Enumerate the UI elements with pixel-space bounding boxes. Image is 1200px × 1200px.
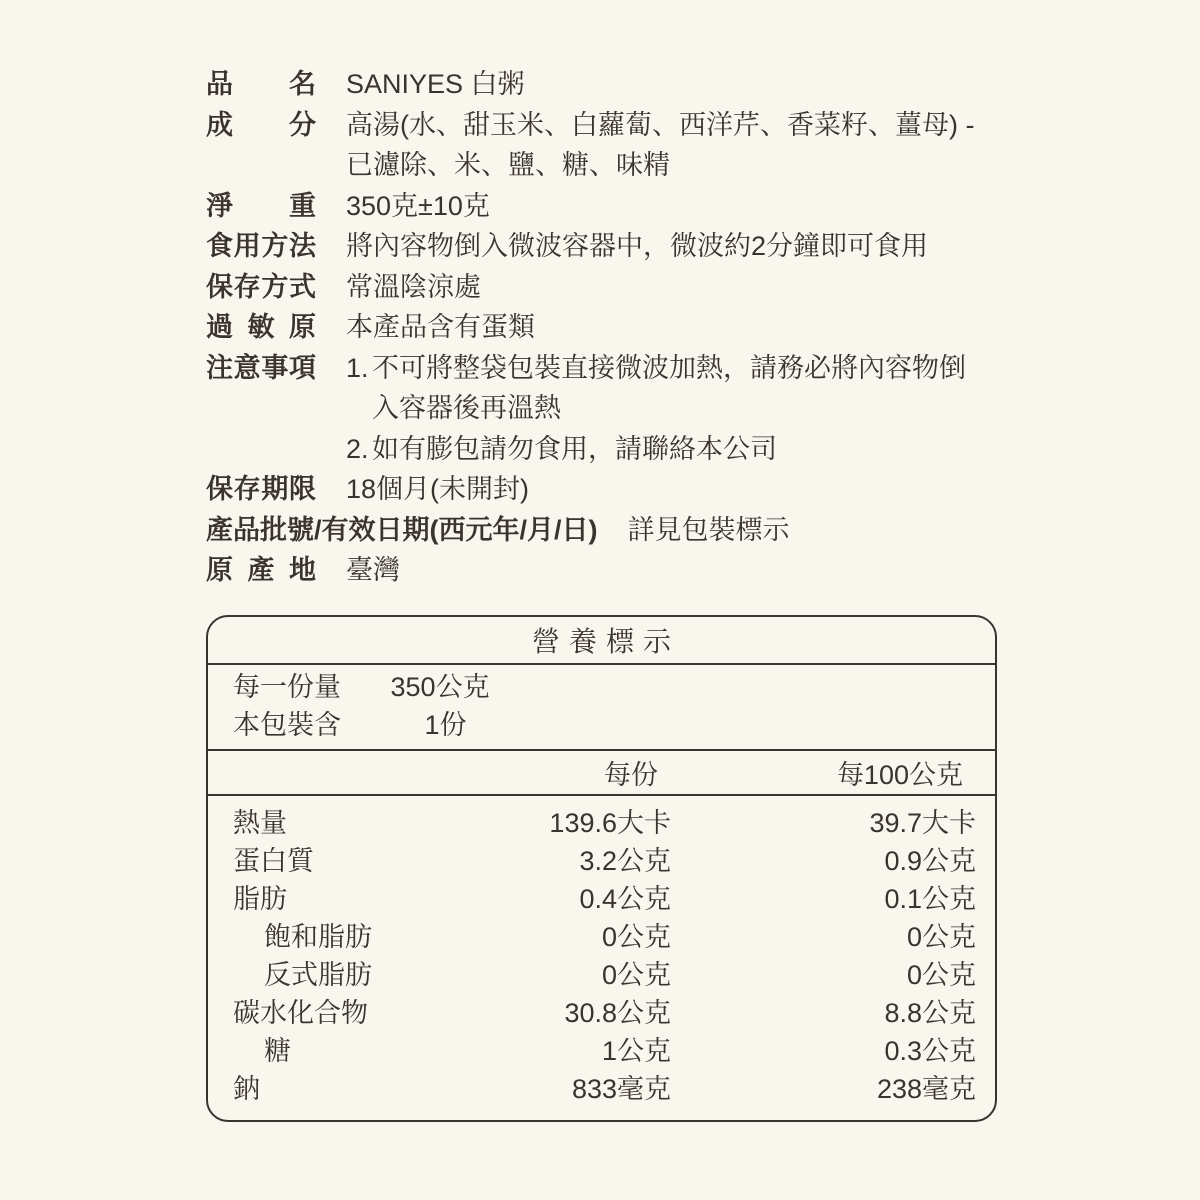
nutrition-serving-section: 每一份量 350公克 本包裝含 1份 bbox=[208, 665, 995, 751]
nutrient-row-protein: 蛋白質 3.2公克 0.9公克 bbox=[208, 839, 995, 877]
serving-size-value: 350公克 bbox=[391, 672, 490, 702]
per-serving-value: 3.2公克 bbox=[421, 839, 671, 878]
batch-value: 詳見包裝標示 bbox=[628, 510, 790, 551]
nutrient-name: 飽和脂肪 bbox=[233, 915, 421, 954]
notice-item-1-number: 1. bbox=[346, 348, 372, 429]
servings-per-pack-value: 1份 bbox=[425, 710, 467, 740]
info-row-shelf-life: 保存期限 18個月(未開封) bbox=[206, 469, 1018, 510]
nutrition-body: 熱量 139.6大卡 39.7大卡 蛋白質 3.2公克 0.9公克 脂肪 0.4… bbox=[208, 796, 995, 1120]
per-serving-value: 833毫克 bbox=[421, 1067, 671, 1106]
info-row-storage: 保存方式 常溫陰涼處 bbox=[206, 267, 1018, 308]
ingredients-line-2: 已濾除、米、鹽、糖、味精 bbox=[346, 145, 974, 186]
notice-item-1: 1. 不可將整袋包裝直接微波加熱，請務必將內容物倒 入容器後再溫熱 bbox=[346, 348, 966, 429]
info-row-usage: 食用方法 將內容物倒入微波容器中，微波約2分鐘即可食用 bbox=[206, 226, 1018, 267]
origin-label: 原產地 bbox=[206, 550, 316, 591]
servings-per-pack-row: 本包裝含 1份 bbox=[233, 706, 995, 744]
info-row-ingredients: 成分 高湯(水、甜玉米、白蘿蔔、西洋芹、香菜籽、薑母) - 已濾除、米、鹽、糖、… bbox=[206, 105, 1018, 186]
notice-item-1-text: 不可將整袋包裝直接微波加熱，請務必將內容物倒 入容器後再溫熱 bbox=[372, 348, 966, 429]
servings-per-pack-label: 本包裝含 bbox=[233, 706, 383, 744]
net-weight-value: 350克±10克 bbox=[346, 186, 490, 227]
nutrient-row-sugar: 糖 1公克 0.3公克 bbox=[208, 1029, 995, 1067]
nutrient-name: 碳水化合物 bbox=[233, 991, 421, 1030]
info-row-notice: 注意事項 1. 不可將整袋包裝直接微波加熱，請務必將內容物倒 入容器後再溫熱 2… bbox=[206, 348, 1018, 470]
per-100g-value: 0.1公克 bbox=[671, 877, 976, 916]
product-info-section: 品名 SANIYES 白粥 成分 高湯(水、甜玉米、白蘿蔔、西洋芹、香菜籽、薑母… bbox=[206, 64, 1018, 591]
notice-value: 1. 不可將整袋包裝直接微波加熱，請務必將內容物倒 入容器後再溫熱 2. 如有膨… bbox=[346, 348, 966, 470]
notice-label: 注意事項 bbox=[206, 348, 316, 389]
nutrient-row-carbohydrate: 碳水化合物 30.8公克 8.8公克 bbox=[208, 991, 995, 1029]
notice-item-1-line-1: 不可將整袋包裝直接微波加熱，請務必將內容物倒 bbox=[372, 348, 966, 389]
nutrient-row-sodium: 鈉 833毫克 238毫克 bbox=[208, 1067, 995, 1105]
net-weight-label: 淨重 bbox=[206, 186, 316, 227]
notice-item-2-text: 如有膨包請勿食用，請聯絡本公司 bbox=[372, 429, 777, 470]
per-serving-value: 0公克 bbox=[421, 953, 671, 992]
serving-size-label: 每一份量 bbox=[233, 668, 383, 706]
product-name-label: 品名 bbox=[206, 64, 316, 105]
nutrition-column-header-row: 每份 每100公克 bbox=[208, 751, 995, 796]
ingredients-line-1: 高湯(水、甜玉米、白蘿蔔、西洋芹、香菜籽、薑母) - bbox=[346, 105, 974, 146]
info-row-batch: 產品批號/有效日期(西元年/月/日) 詳見包裝標示 bbox=[206, 510, 1018, 551]
nutrient-name: 糖 bbox=[233, 1029, 421, 1068]
per-100g-value: 0公克 bbox=[671, 953, 976, 992]
notice-item-2-number: 2. bbox=[346, 429, 372, 470]
notice-item-1-line-2: 入容器後再溫熱 bbox=[372, 388, 966, 429]
nutrient-name: 蛋白質 bbox=[233, 839, 421, 878]
per-100g-value: 39.7大卡 bbox=[671, 801, 976, 840]
per-100g-value: 0公克 bbox=[671, 915, 976, 954]
per-serving-value: 1公克 bbox=[421, 1029, 671, 1068]
shelf-life-label: 保存期限 bbox=[206, 469, 316, 510]
nutrient-row-fat: 脂肪 0.4公克 0.1公克 bbox=[208, 877, 995, 915]
serving-size-row: 每一份量 350公克 bbox=[233, 668, 995, 706]
per-serving-value: 139.6大卡 bbox=[421, 801, 671, 840]
info-row-allergen: 過敏原 本產品含有蛋類 bbox=[206, 307, 1018, 348]
per-serving-column-header: 每份 bbox=[421, 753, 671, 792]
info-row-origin: 原產地 臺灣 bbox=[206, 550, 1018, 591]
allergen-label: 過敏原 bbox=[206, 307, 316, 348]
nutrient-name: 鈉 bbox=[233, 1067, 421, 1106]
info-row-net-weight: 淨重 350克±10克 bbox=[206, 186, 1018, 227]
nutrient-name: 反式脂肪 bbox=[233, 953, 421, 992]
nutrient-row-saturated-fat: 飽和脂肪 0公克 0公克 bbox=[208, 915, 995, 953]
nutrition-title: 營養標示 bbox=[208, 617, 995, 665]
ingredients-label: 成分 bbox=[206, 105, 316, 146]
info-row-product-name: 品名 SANIYES 白粥 bbox=[206, 64, 1018, 105]
per-100g-value: 0.3公克 bbox=[671, 1029, 976, 1068]
storage-label: 保存方式 bbox=[206, 267, 316, 308]
nutrient-row-trans-fat: 反式脂肪 0公克 0公克 bbox=[208, 953, 995, 991]
nutrient-name: 脂肪 bbox=[233, 877, 421, 916]
ingredients-value: 高湯(水、甜玉米、白蘿蔔、西洋芹、香菜籽、薑母) - 已濾除、米、鹽、糖、味精 bbox=[346, 105, 974, 186]
per-100g-value: 8.8公克 bbox=[671, 991, 976, 1030]
batch-label: 產品批號/有效日期(西元年/月/日) bbox=[206, 510, 598, 551]
nutrition-table: 營養標示 每一份量 350公克 本包裝含 1份 每份 每100公克 熱量 139… bbox=[206, 615, 997, 1122]
per-100g-column-header: 每100公克 bbox=[671, 753, 976, 792]
per-serving-value: 30.8公克 bbox=[421, 991, 671, 1030]
allergen-value: 本產品含有蛋類 bbox=[346, 307, 535, 348]
usage-label: 食用方法 bbox=[206, 226, 316, 267]
notice-item-2: 2. 如有膨包請勿食用，請聯絡本公司 bbox=[346, 429, 966, 470]
per-serving-value: 0公克 bbox=[421, 915, 671, 954]
per-100g-value: 0.9公克 bbox=[671, 839, 976, 878]
per-100g-value: 238毫克 bbox=[671, 1067, 976, 1106]
shelf-life-value: 18個月(未開封) bbox=[346, 469, 529, 510]
product-name-value: SANIYES 白粥 bbox=[346, 64, 525, 105]
origin-value: 臺灣 bbox=[346, 550, 400, 591]
per-serving-value: 0.4公克 bbox=[421, 877, 671, 916]
nutrient-name: 熱量 bbox=[233, 801, 421, 840]
nutrient-row-calories: 熱量 139.6大卡 39.7大卡 bbox=[208, 801, 995, 839]
usage-value: 將內容物倒入微波容器中，微波約2分鐘即可食用 bbox=[346, 226, 928, 267]
storage-value: 常溫陰涼處 bbox=[346, 267, 481, 308]
